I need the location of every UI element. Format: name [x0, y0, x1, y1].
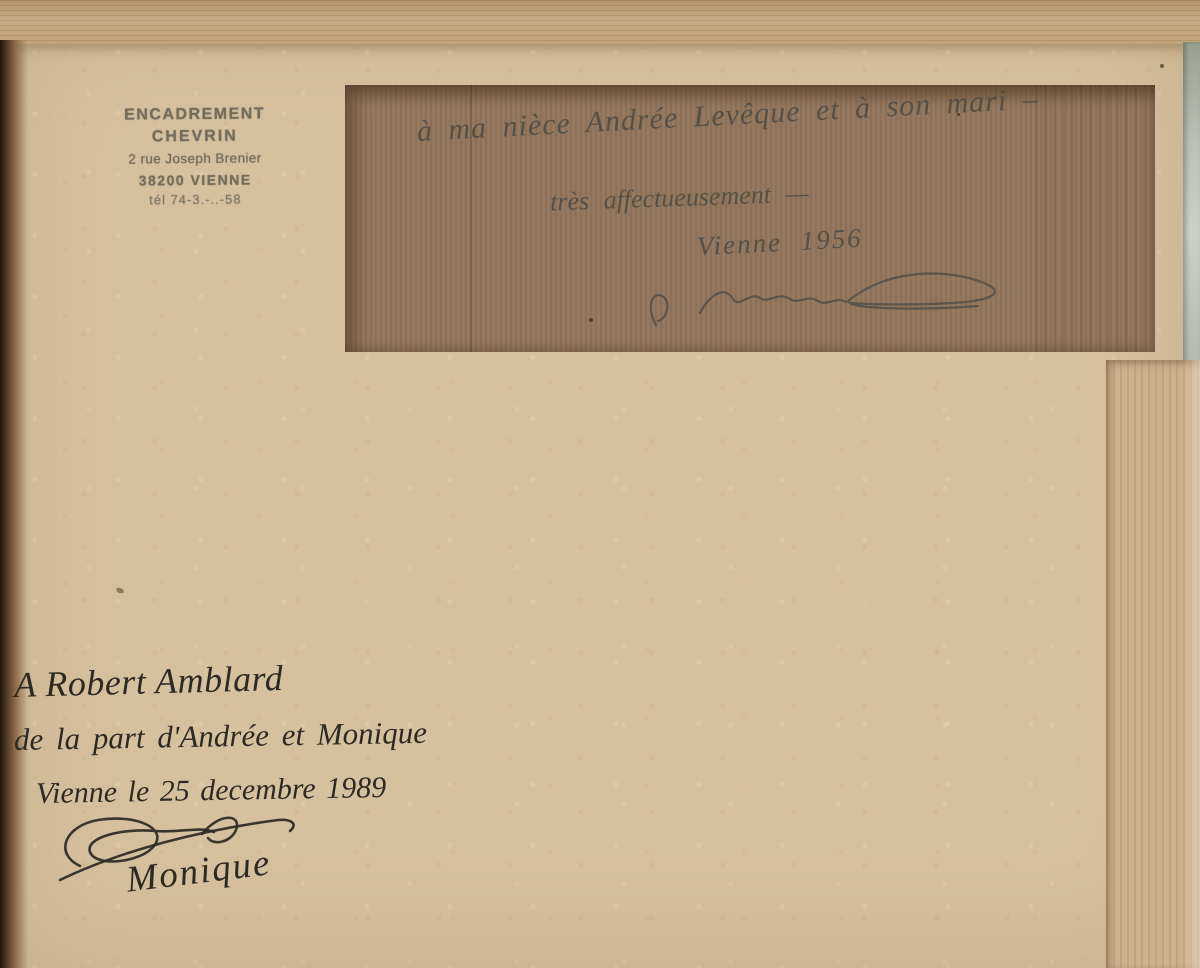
- dedication-panel: à ma nièce Andrée Levêque et à son mari …: [345, 85, 1155, 352]
- stamp-line-phone: tél 74-3.-..-58: [95, 189, 295, 211]
- stamp-line-encadrement: ENCADREMENT: [95, 103, 295, 127]
- paper-blemish: [589, 318, 593, 322]
- right-cardboard-strip: [1106, 360, 1200, 968]
- paper-blemish: [1160, 64, 1164, 68]
- stamp-line-chevrin: CHEVRIN: [95, 125, 295, 149]
- panel-dedication-date: Vienne 1956: [696, 223, 863, 263]
- panel-corrugation-texture: [1035, 85, 1155, 352]
- paper-blemish: [957, 113, 960, 116]
- panel-dedication-line2: très affectueusement —: [550, 178, 809, 217]
- dedication-line2: de la part d'Andrée et Monique: [14, 715, 428, 758]
- top-cardboard-strip: [0, 0, 1200, 44]
- stamp-line-city: 38200 VIENNE: [95, 169, 295, 191]
- framer-stamp: ENCADREMENT CHEVRIN 2 rue Joseph Brenier…: [95, 103, 296, 211]
- stamp-line-street: 2 rue Joseph Brenier: [95, 147, 295, 171]
- paper-blemish: [115, 587, 124, 595]
- artist-signature-scribble: [640, 263, 1020, 343]
- frame-left-edge-shadow: [0, 40, 28, 968]
- photo-back-of-framed-picture: à ma nièce Andrée Levêque et à son mari …: [0, 0, 1200, 968]
- panel-dedication-line1: à ma nièce Andrée Levêque et à son mari …: [416, 82, 1039, 149]
- right-gray-edge-strip: [1183, 42, 1200, 368]
- dedication-line1: A Robert Amblard: [13, 657, 283, 706]
